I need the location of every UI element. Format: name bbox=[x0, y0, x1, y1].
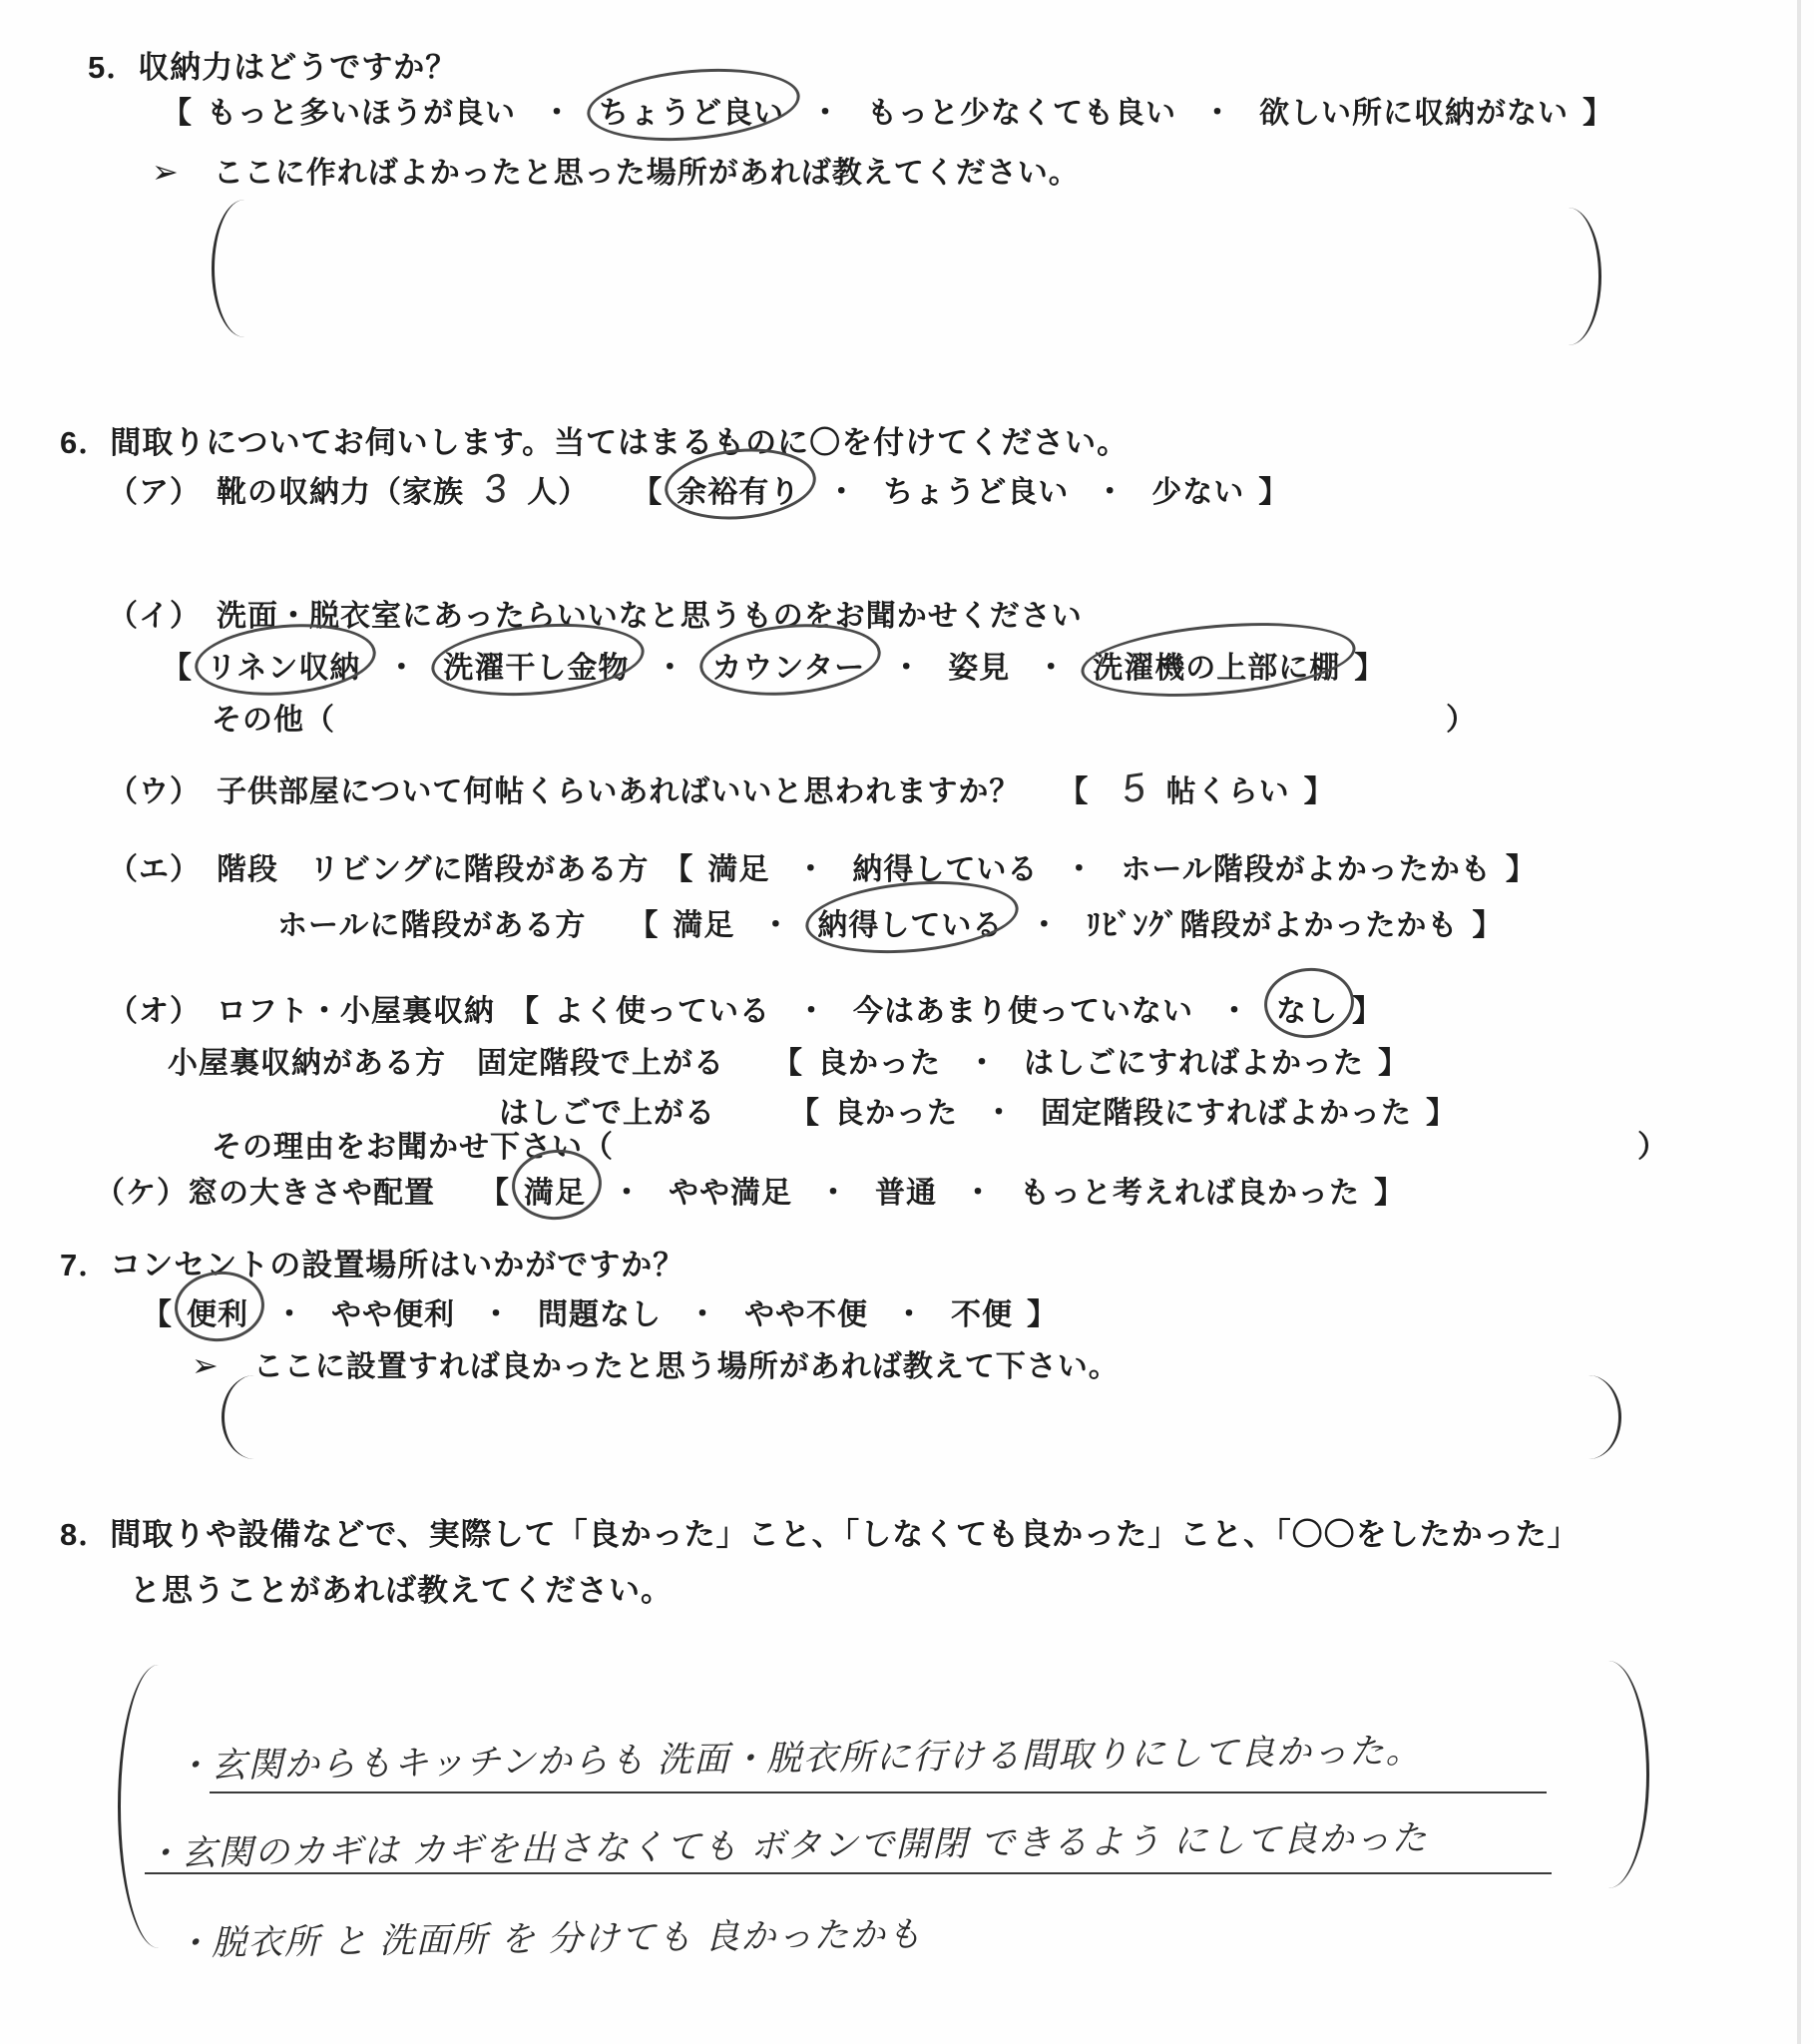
option: 普通 bbox=[875, 1168, 937, 1212]
option-separator: ・ bbox=[542, 97, 573, 130]
question-6o-reason-row: その理由をお聞かせ下さい（） bbox=[212, 1122, 1668, 1166]
question-6-title: 6．間取りについてお伺いします。当てはまるものに〇を付けてください。 bbox=[60, 417, 1129, 462]
arrow-icon: ➢ bbox=[152, 154, 180, 190]
option-separator: ・ bbox=[826, 476, 857, 509]
paren-close: ） bbox=[1637, 1122, 1668, 1166]
option-selected: 満足 bbox=[524, 1168, 586, 1212]
arrow-icon: ➢ bbox=[192, 1347, 220, 1383]
option: 納得している bbox=[852, 844, 1038, 888]
paren-close: ） bbox=[1446, 695, 1477, 739]
bracket-open: 【 bbox=[1058, 775, 1089, 808]
option-selected: ちょうど良い bbox=[599, 88, 784, 132]
bracket-close: 】 bbox=[1374, 1177, 1405, 1210]
bracket-close: 】 bbox=[1354, 652, 1385, 685]
option: 問題なし bbox=[538, 1289, 662, 1333]
option: はしごにすればよかった bbox=[1024, 1038, 1364, 1082]
answer-bracket-right bbox=[1569, 208, 1601, 345]
option: よく使っている bbox=[554, 986, 770, 1030]
option-separator: ・ bbox=[891, 652, 922, 685]
bracket-open: 【 bbox=[162, 652, 193, 685]
option-separator: ・ bbox=[795, 853, 826, 886]
bracket-close: 】 bbox=[1583, 97, 1613, 130]
question-5-options: 【もっと多いほうが良い・ちょうど良い・もっと少なくても良い・欲しい所に収納がない… bbox=[148, 88, 1627, 132]
bracket-open: 【 bbox=[628, 909, 659, 942]
question-6o-reason-label: その理由をお聞かせ下さい（ bbox=[212, 1122, 614, 1166]
question-6e-options2: 【満足・納得している・ﾘﾋﾞﾝｸﾞ階段がよかったかも】 bbox=[614, 909, 1517, 942]
option: もっと考えれば良かった bbox=[1020, 1168, 1360, 1212]
bracket-close: 】 bbox=[1304, 775, 1335, 808]
handwriting-underline bbox=[210, 1791, 1547, 1793]
bracket-close: 】 bbox=[1472, 909, 1503, 942]
answer-bracket-right bbox=[1608, 1661, 1649, 1888]
question-6e-label2: ホールに階段がある方 bbox=[277, 909, 586, 942]
question-6a-label: （ア） 靴の収納力（家族 bbox=[108, 476, 464, 509]
question-5-prompt-row: ➢ここに作ればよかったと思った場所があれば教えてください。 bbox=[152, 148, 1080, 192]
option-separator: ・ bbox=[687, 1298, 718, 1331]
option: 姿見 bbox=[948, 643, 1010, 687]
option-separator: ・ bbox=[1095, 476, 1126, 509]
question-6k-row: （ケ）窓の大きさや配置【満足・やや満足・普通・もっと考えれば良かった】 bbox=[95, 1168, 1419, 1212]
question-6a-options: 【余裕有り・ちょうど良い・少ない】 bbox=[633, 476, 1303, 509]
option-separator: ・ bbox=[481, 1298, 512, 1331]
option-selected: 余裕有り bbox=[677, 467, 800, 511]
question-6i-options: 【リネン収納・洗濯干し金物・カウンター・姿見・洗濯機の上部に棚】 bbox=[148, 643, 1399, 687]
bracket-open: 【 bbox=[162, 97, 193, 130]
option: 満足 bbox=[673, 900, 734, 944]
answer-bracket-left bbox=[118, 1665, 159, 1948]
option: 良かった bbox=[817, 1038, 941, 1082]
bracket-close: 】 bbox=[1258, 476, 1289, 509]
question-6o-options: 【よく使っている・今はあまり使っていない・なし】 bbox=[495, 995, 1397, 1028]
option: もっと少なくても良い bbox=[867, 88, 1176, 132]
question-8-title-line1: 8．間取りや設備などで、実際して「良かった」こと、「しなくても良かった」こと、「… bbox=[60, 1509, 1580, 1554]
option: やや便利 bbox=[331, 1289, 455, 1333]
option: もっと多いほうが良い bbox=[207, 88, 516, 132]
question-7-prompt: ここに設置すれば良かったと思う場所があれば教えて下さい。 bbox=[253, 1350, 1120, 1383]
option: やや満足 bbox=[669, 1168, 792, 1212]
bracket-open: 【 bbox=[647, 476, 663, 509]
question-5-title: 5．収納力はどうですか？ bbox=[88, 42, 457, 87]
question-6a-row: （ア） 靴の収納力（家族3人）【余裕有り・ちょうど良い・少ない】 bbox=[108, 467, 1303, 512]
question-6i-other-value bbox=[891, 695, 892, 739]
option-selected: なし bbox=[1276, 986, 1338, 1030]
answer-bracket-left bbox=[222, 1375, 254, 1459]
question-7-prompt-row: ➢ここに設置すれば良かったと思う場所があれば教えて下さい。 bbox=[192, 1341, 1120, 1385]
handwritten-answer: ・玄関からもキッチンからも 洗面・脱衣所に行ける間取りにして良かった。 bbox=[175, 1724, 1422, 1788]
question-6u-unit: 帖くらい bbox=[1166, 775, 1290, 808]
question-6e-row1: （エ） 階段 リビングに階段がある方【満足・納得している・ホール階段がよかったか… bbox=[108, 844, 1551, 888]
option-separator: ・ bbox=[963, 1177, 994, 1210]
option-separator: ・ bbox=[1036, 652, 1067, 685]
question-6o-reason-value bbox=[1126, 1122, 1127, 1166]
question-6k-label: （ケ）窓の大きさや配置 bbox=[95, 1177, 435, 1210]
scanned-survey-page: 5．収納力はどうですか？ 【もっと多いほうが良い・ちょうど良い・もっと少なくても… bbox=[0, 0, 1814, 2044]
option-separator: ・ bbox=[1219, 995, 1250, 1028]
option: 欲しい所に収納がない bbox=[1259, 88, 1569, 132]
option-separator: ・ bbox=[818, 1177, 849, 1210]
bracket-open: 【 bbox=[509, 995, 540, 1028]
question-7-options: 【便利・やや便利・問題なし・やや不便・不便】 bbox=[128, 1289, 1072, 1333]
question-6o-row1: （オ） ロフト・小屋裏収納【よく使っている・今はあまり使っていない・なし】 bbox=[108, 986, 1397, 1030]
question-6u-label: （ウ） 子供部屋について何帖くらいあればいいと思われますか？ bbox=[108, 775, 1020, 808]
option: 少ない bbox=[1151, 467, 1244, 511]
option-separator: ・ bbox=[386, 652, 417, 685]
bracket-open: 【 bbox=[663, 853, 693, 886]
answer-bracket-right bbox=[1588, 1375, 1621, 1459]
question-6e-options1: 【満足・納得している・ホール階段がよかったかも】 bbox=[649, 853, 1550, 886]
question-7-title: 7．コンセントの設置場所はいかがですか？ bbox=[60, 1240, 684, 1284]
bracket-close: 】 bbox=[1027, 1298, 1058, 1331]
bracket-close: 】 bbox=[1378, 1047, 1409, 1080]
option: 不便 bbox=[951, 1289, 1013, 1333]
option-separator: ・ bbox=[796, 995, 827, 1028]
option: ちょうど良い bbox=[883, 467, 1069, 511]
scan-edge-shadow bbox=[1797, 0, 1801, 2044]
option: ﾘﾋﾞﾝｸﾞ階段がよかったかも bbox=[1086, 900, 1458, 944]
question-6i-other-row: その他（） bbox=[212, 695, 1477, 739]
option-selected: 洗濯機の上部に棚 bbox=[1093, 643, 1340, 687]
option-selected: 納得している bbox=[817, 900, 1003, 944]
bracket-open: 【 bbox=[142, 1298, 173, 1331]
question-6i-label: （イ） 洗面・脱衣室にあったらいいなと思うものをお聞かせください bbox=[108, 591, 1083, 635]
handwritten-answer: ・玄関のカギは カギを出さなくても ボタンで開閉 できるよう にして良かった bbox=[145, 1810, 1428, 1876]
option-separator: ・ bbox=[1029, 909, 1060, 942]
option-selected: 洗濯干し金物 bbox=[443, 643, 629, 687]
handwriting-underline bbox=[145, 1872, 1552, 1874]
bracket-close: 】 bbox=[1506, 853, 1537, 886]
option-separator: ・ bbox=[1202, 97, 1233, 130]
tatami-count-handwritten: 5 bbox=[1120, 766, 1148, 813]
handwritten-answer: ・脱衣所 と 洗面所 を 分けても 良かったかも bbox=[175, 1907, 923, 1966]
option: やや不便 bbox=[744, 1289, 868, 1333]
question-6e-label: （エ） 階段 リビングに階段がある方 bbox=[108, 853, 649, 886]
bracket-open: 【 bbox=[772, 1047, 803, 1080]
option: 今はあまり使っていない bbox=[853, 986, 1193, 1030]
option: ホール階段がよかったかも bbox=[1121, 844, 1491, 888]
family-count-handwritten: 3 bbox=[481, 466, 510, 514]
answer-bracket-left bbox=[212, 200, 244, 337]
option-selected: 便利 bbox=[187, 1289, 248, 1333]
option-selected: カウンター bbox=[711, 643, 865, 687]
question-6u-row: （ウ） 子供部屋について何帖くらいあればいいと思われますか？【5帖くらい】 bbox=[108, 766, 1349, 811]
option-separator: ・ bbox=[1064, 853, 1095, 886]
question-6k-options: 【満足・やや満足・普通・もっと考えれば良かった】 bbox=[465, 1177, 1419, 1210]
option-separator: ・ bbox=[655, 652, 685, 685]
question-6o-label: （オ） ロフト・小屋裏収納 bbox=[108, 995, 495, 1028]
option: 満足 bbox=[707, 844, 769, 888]
option-selected: リネン収納 bbox=[207, 643, 360, 687]
question-6a-label-suffix: 人） bbox=[527, 476, 589, 509]
question-5-prompt: ここに作ればよかったと思った場所があれば教えてください。 bbox=[214, 157, 1080, 190]
option-separator: ・ bbox=[274, 1298, 305, 1331]
bracket-close: 】 bbox=[1352, 995, 1383, 1028]
question-6i-other-label: その他（ bbox=[212, 695, 335, 739]
option-separator: ・ bbox=[810, 97, 841, 130]
question-8-title-line2: と思うことがあれば教えてください。 bbox=[130, 1565, 673, 1610]
question-6o-sub1-label: 小屋裏収納がある方 固定階段で上がる bbox=[168, 1047, 724, 1080]
option-separator: ・ bbox=[967, 1047, 998, 1080]
question-6e-row2: ホールに階段がある方【満足・納得している・ﾘﾋﾞﾝｸﾞ階段がよかったかも】 bbox=[277, 900, 1517, 944]
bracket-open: 【 bbox=[479, 1177, 510, 1210]
option-separator: ・ bbox=[612, 1177, 643, 1210]
question-6o-sub1-row: 小屋裏収納がある方 固定階段で上がる【良かった・はしごにすればよかった】 bbox=[168, 1038, 1423, 1082]
question-6o-sub1-options: 【良かった・はしごにすればよかった】 bbox=[758, 1047, 1423, 1080]
option-separator: ・ bbox=[760, 909, 791, 942]
option-separator: ・ bbox=[894, 1298, 925, 1331]
